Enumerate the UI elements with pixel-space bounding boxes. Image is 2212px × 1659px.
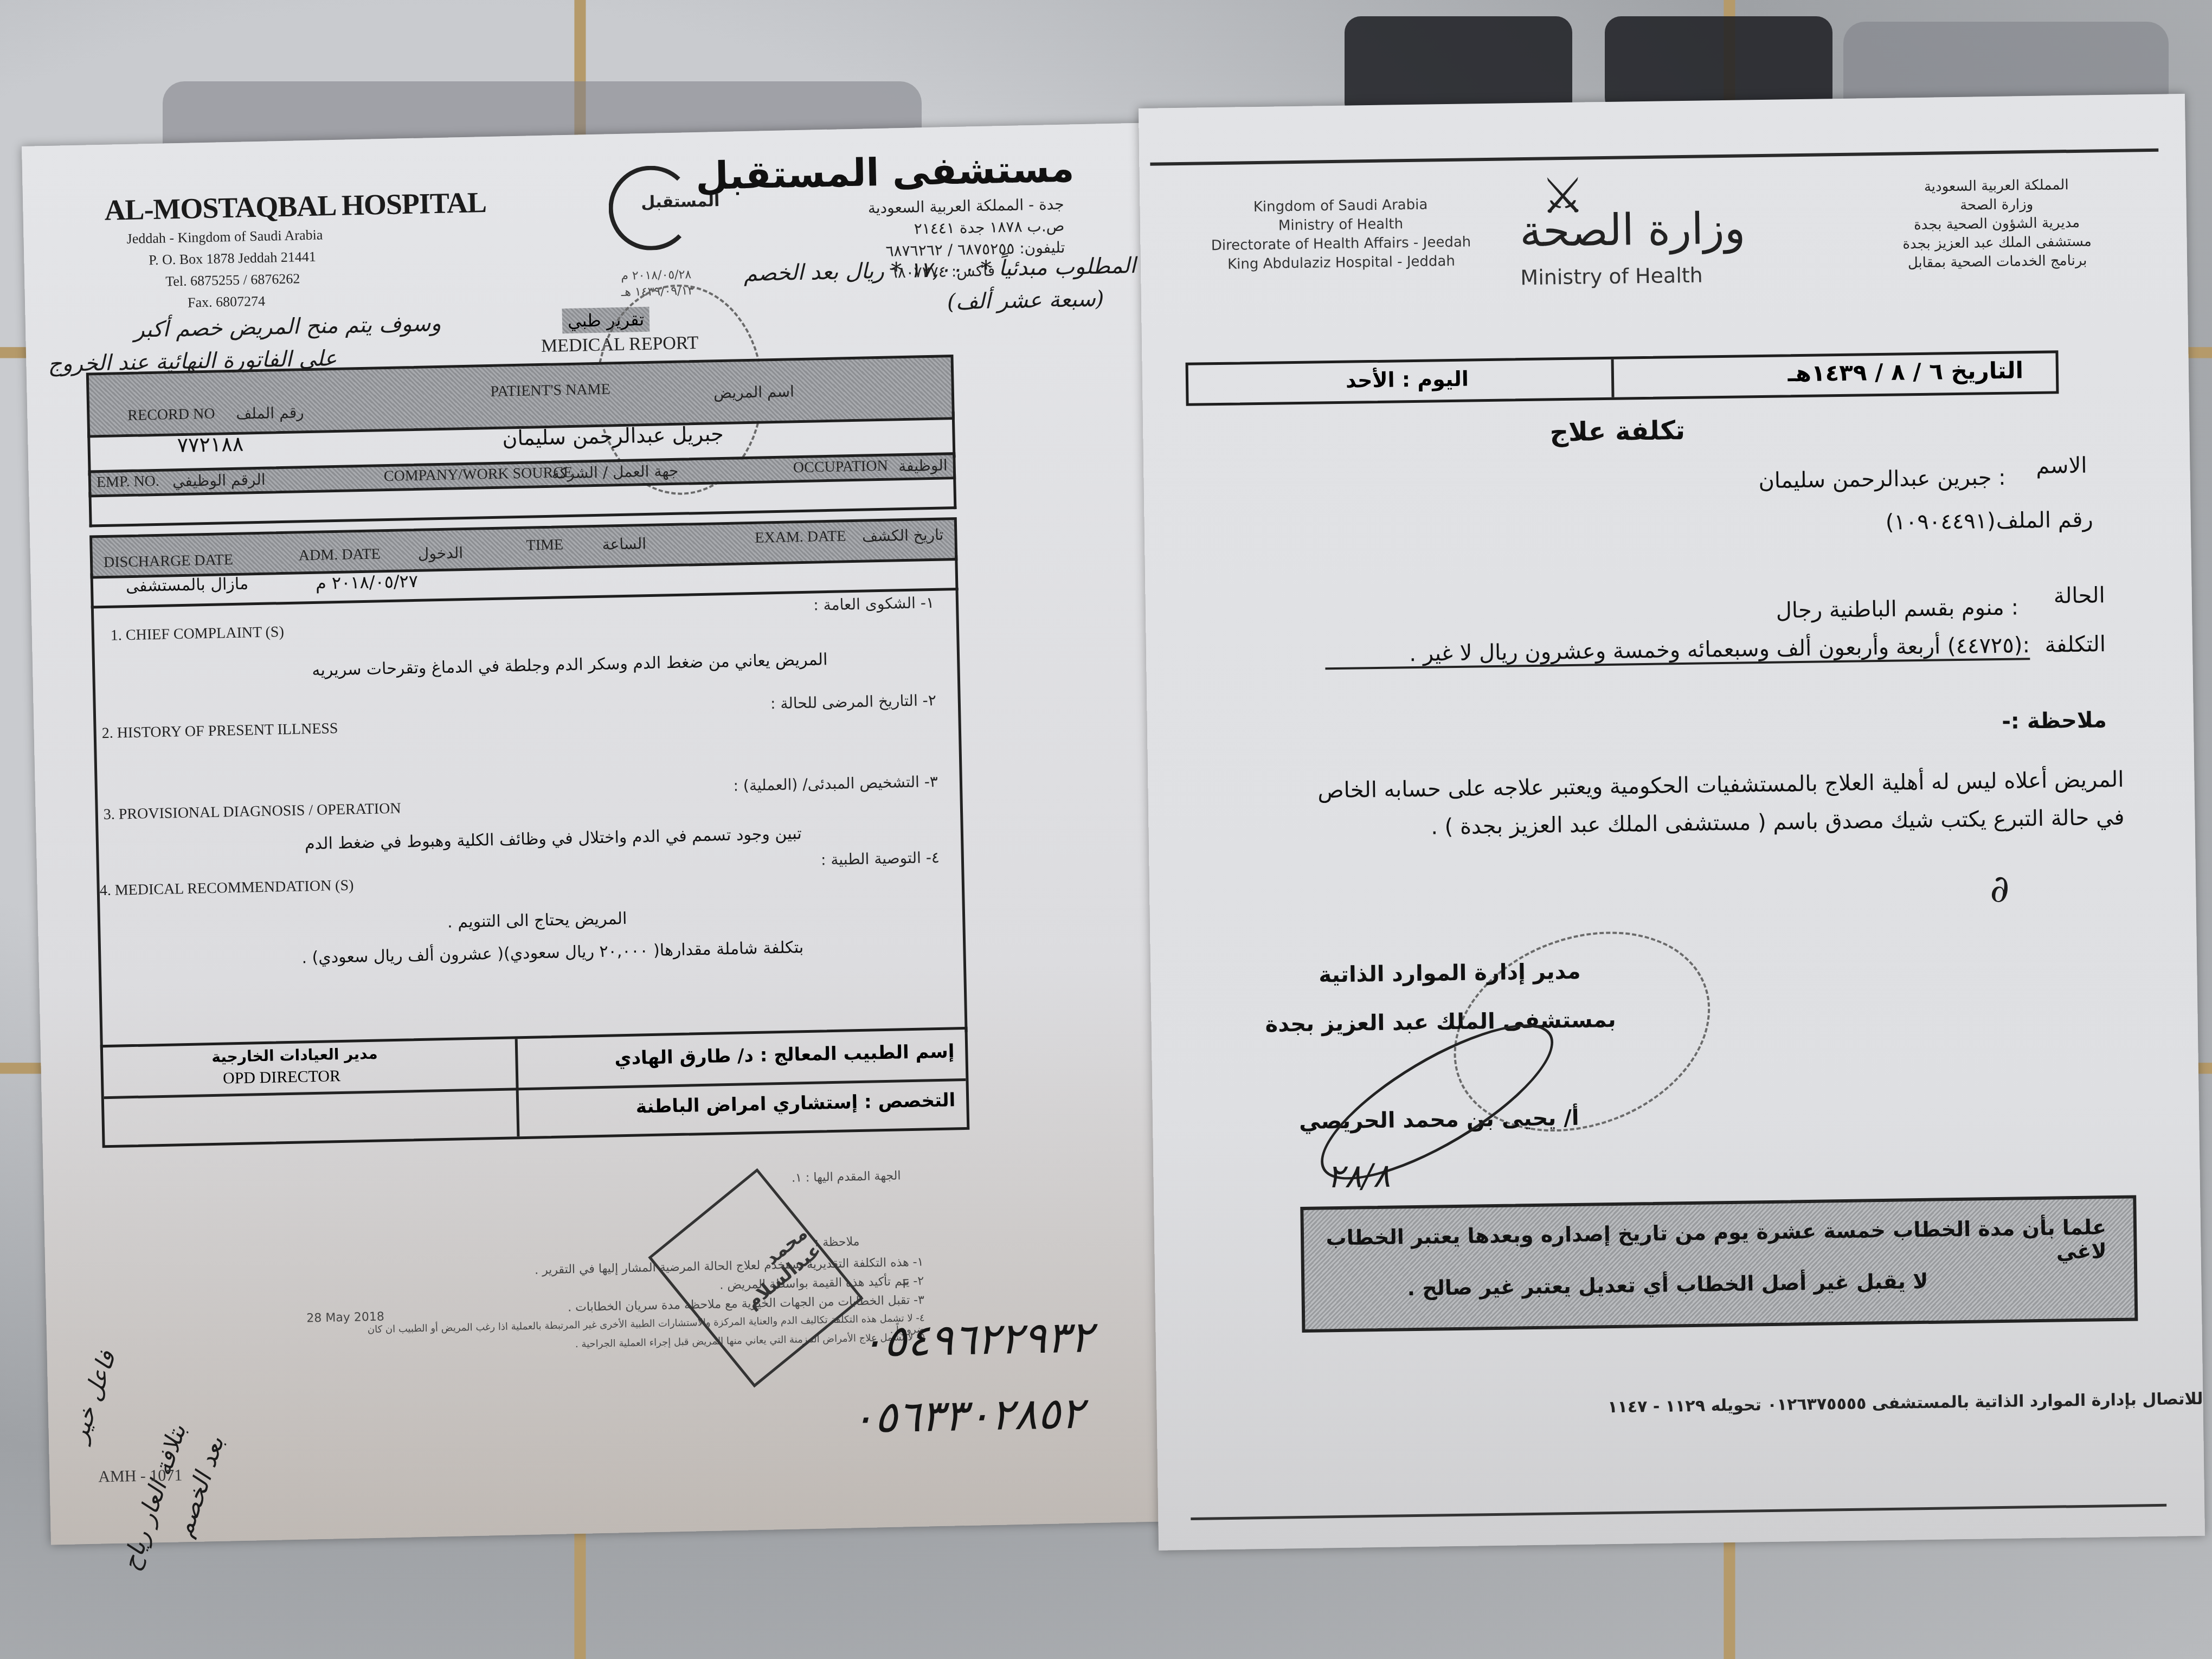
file-value: (١٠٩٠٤٤٩١)	[1885, 509, 1996, 535]
diagnosis-text: تبين وجود تسمم في الدم واختلال في وظائف …	[305, 824, 802, 853]
recipient-line: الجهة المقدم اليها : ١.	[792, 1169, 901, 1185]
handwritten-amount-words: (سبعة عشر ألف)	[947, 286, 1104, 314]
handwritten-required-amount: المطلوب مبدئياً * ١٧,٠٠٠ * ريال بعد الخص…	[743, 253, 1136, 286]
time-label-ar: الساعة	[602, 535, 646, 554]
header-en-line: Ministry of Health	[1205, 215, 1476, 235]
footer-rule	[1191, 1504, 2166, 1520]
diagnosis-label: 3. PROVISIONAL DIAGNOSIS / OPERATION	[104, 800, 401, 824]
header-en-line: King Abdulaziz Hospital - Jeddah	[1206, 253, 1477, 273]
remark-title: ملاحظة :-	[2002, 708, 2107, 734]
record-no-label-ar: رقم الملف	[236, 403, 304, 423]
report-sections: 1. CHIEF COMPLAINT (S) ١- الشكوى العامة …	[91, 588, 968, 1050]
phone-number-1: ٠٥٤٩٦٢٢٩٣٢	[860, 1311, 1094, 1367]
header-ar-line: وزارة الصحة	[1888, 195, 2105, 215]
recommendation-text: المريض يحتاج الى التنويم .	[447, 909, 627, 932]
signatory-org: بمستشفى الملك عبد العزيز بجدة	[1265, 1007, 1616, 1037]
hospital-address-line: Jeddah - Kingdom of Saudi Arabia	[126, 227, 323, 247]
stamp-text: محمد عبدالسلام	[702, 1223, 826, 1335]
moh-logo-ar: وزارة الصحة	[1520, 203, 1746, 256]
discharge-date-label: DISCHARGE DATE	[104, 551, 233, 571]
hospital-fax: Fax. 6807274	[188, 293, 266, 311]
record-no-value: ٧٧٢١٨٨	[177, 432, 243, 458]
occupation-label: OCCUPATION	[793, 458, 888, 477]
chief-complaint-label-ar: ١- الشكوى العامة :	[813, 594, 934, 614]
cost-label: التكلفة	[2044, 632, 2106, 658]
opd-director-en: OPD DIRECTOR	[223, 1067, 341, 1088]
letter-title: تكلفة علاج	[1549, 415, 1685, 447]
adm-date-label: ADM. DATE	[299, 545, 381, 564]
recommendation-label-ar: ٤- التوصية الطبية :	[821, 848, 940, 869]
validity-warning-line-2: لا يقبل غير أصل الخطاب أي تعديل يعتبر غي…	[1407, 1269, 1928, 1300]
remark-line-1: المريض أعلاه ليس له أهلية العلاج بالمستش…	[1256, 767, 2124, 804]
signature-icon: ∂	[1990, 866, 2010, 911]
handwritten-note-bottom-left: فاعل خير	[65, 1347, 121, 1445]
patient-name-value: جبريل عبدالرحمن سليمان	[502, 422, 724, 451]
recommendation-cost: بتكلفة شاملة مقدارها( ٢٠,٠٠٠ ريال سعودي)…	[301, 938, 803, 967]
page-mark: F	[902, 1277, 909, 1291]
moh-logo-en: Ministry of Health	[1520, 263, 1703, 290]
history-label: 2. HISTORY OF PRESENT ILLNESS	[101, 720, 338, 742]
doctor-footer-table: إسم الطبيب المعالج : د/ طارق الهادي التخ…	[100, 1027, 970, 1148]
rectangular-stamp: محمد عبدالسلام	[648, 1168, 863, 1388]
hospital-name-en: AL-MOSTAQBAL HOSPITAL	[104, 185, 487, 227]
header-en-line: Kingdom of Saudi Arabia	[1205, 196, 1476, 216]
letter-date: التاريخ ٦ / ٨ / ١٤٣٩هـ	[1787, 357, 2023, 387]
emp-no-label-ar: الرقم الوظيفي	[172, 471, 266, 491]
hospital-pobox-ar: ص.ب ١٨٧٨ جدة ٢١٤٤١	[914, 217, 1064, 238]
phone-number-2: ٠٥٦٣٣٠٢٨٥٢	[850, 1387, 1084, 1443]
hospital-name-ar: مستشفى المستقبل	[695, 146, 1075, 198]
form-code: AMH - 1071	[98, 1466, 183, 1486]
header-ar-line: مديرية الشؤون الصحية بجدة	[1888, 214, 2105, 234]
header-ar-line: المملكة العربية السعودية	[1888, 176, 2105, 196]
recommendation-label: 4. MEDICAL RECOMMENDATION (S)	[99, 877, 353, 899]
patient-name-label: PATIENT'S NAME	[490, 381, 610, 401]
letter-day: اليوم : الأحد	[1346, 367, 1469, 393]
header-rule	[1150, 149, 2158, 166]
company-label-ar: جهة العمل / الشركة	[552, 462, 679, 483]
name-value: : جبرين عبدالرحمن سليمان	[1758, 465, 2006, 493]
hospital-po-box: P. O. Box 1878 Jeddah 21441	[149, 249, 316, 268]
opd-director-ar: مدير العيادات الخارجية	[211, 1045, 378, 1066]
name-label: الاسم	[2036, 453, 2087, 479]
chief-complaint-label: 1. CHIEF COMPLAINT (S)	[111, 623, 285, 645]
time-label: TIME	[526, 536, 563, 554]
remark-line-2: في حالة التبرع يكتب شيك مصدق باسم ( مستش…	[1257, 805, 2124, 842]
occupation-label-ar: الوظيفة	[898, 456, 948, 475]
medical-report-document: AL-MOSTAQBAL HOSPITAL Jeddah - Kingdom o…	[22, 123, 1184, 1545]
adm-date-label-ar: الدخول	[418, 544, 464, 563]
discharge-date-value: مازال بالمستشفى	[126, 574, 249, 596]
contact-info: للاتصال بإدارة الموارد الذاتية بالمستشفى…	[1607, 1390, 2203, 1417]
record-no-label: RECORD NO	[127, 406, 215, 425]
chief-complaint-text: المريض يعاني من ضغط الدم وسكر الدم وجلطة…	[312, 650, 828, 680]
adm-date-value: ٢٠١٨/٠٥/٢٧ م	[316, 571, 419, 594]
date-day-box: التاريخ ٦ / ٨ / ١٤٣٩هـ اليوم : الأحد	[1186, 350, 2059, 406]
history-label-ar: ٢- التاريخ المرضى للحالة :	[770, 691, 936, 712]
cost-value: :(٤٤٧٢٥) أربعة وأربعون ألف وسبعمائه وخمس…	[1325, 633, 2030, 670]
signatory-title: مدير إدارة الموارد الذاتية	[1319, 959, 1581, 988]
diagnosis-label-ar: ٣- التشخيص المبدئى/ (العملية) :	[733, 773, 938, 795]
validity-warning-line-1: علما بأن مدة الخطاب خمسة عشرة يوم من تار…	[1304, 1215, 2107, 1274]
header-en-line: Directorate of Health Affairs - Jeedah	[1205, 234, 1476, 254]
print-date: 28 May 2018	[306, 1310, 384, 1325]
exam-date-label: EXAM. DATE	[755, 528, 846, 547]
emp-no-label: EMP. NO.	[97, 473, 160, 491]
hospital-phone: Tel. 6875255 / 6876262	[165, 271, 300, 290]
exam-date-label-ar: تاريخ الكشف	[862, 526, 944, 545]
file-label: رقم الملف	[1996, 507, 2093, 533]
date-day-divider	[1611, 359, 1615, 397]
handwritten-date: ٢٨/٨	[1327, 1157, 1391, 1196]
patient-name-label-ar: اسم المريض	[713, 382, 794, 402]
hospital-address-ar: جدة - المملكة العربية السعودية	[868, 195, 1064, 217]
handwritten-discount-note: وسوف يتم منح المريض خصم أكبر	[134, 311, 441, 343]
status-value: : منوم بقسم الباطنية رجال	[1776, 595, 2019, 623]
doctor-specialty: التخصص : إستشاري امراض الباطنة	[635, 1089, 955, 1117]
treating-doctor: إسم الطبيب المعالج : د/ طارق الهادي	[614, 1040, 955, 1069]
header-ar-line: برنامج الخدمات الصحية بمقابل	[1889, 252, 2106, 272]
treatment-cost-letter: Kingdom of Saudi Arabia Ministry of Heal…	[1139, 94, 2205, 1551]
issue-date-gregorian: ٢٠١٨/٠٥/٢٨ م	[621, 268, 691, 283]
header-ar-line: مستشفى الملك عبد العزيز بجدة	[1888, 233, 2105, 253]
status-label: الحالة	[2053, 583, 2105, 608]
validity-warning-box: علما بأن مدة الخطاب خمسة عشرة يوم من تار…	[1300, 1195, 2138, 1333]
